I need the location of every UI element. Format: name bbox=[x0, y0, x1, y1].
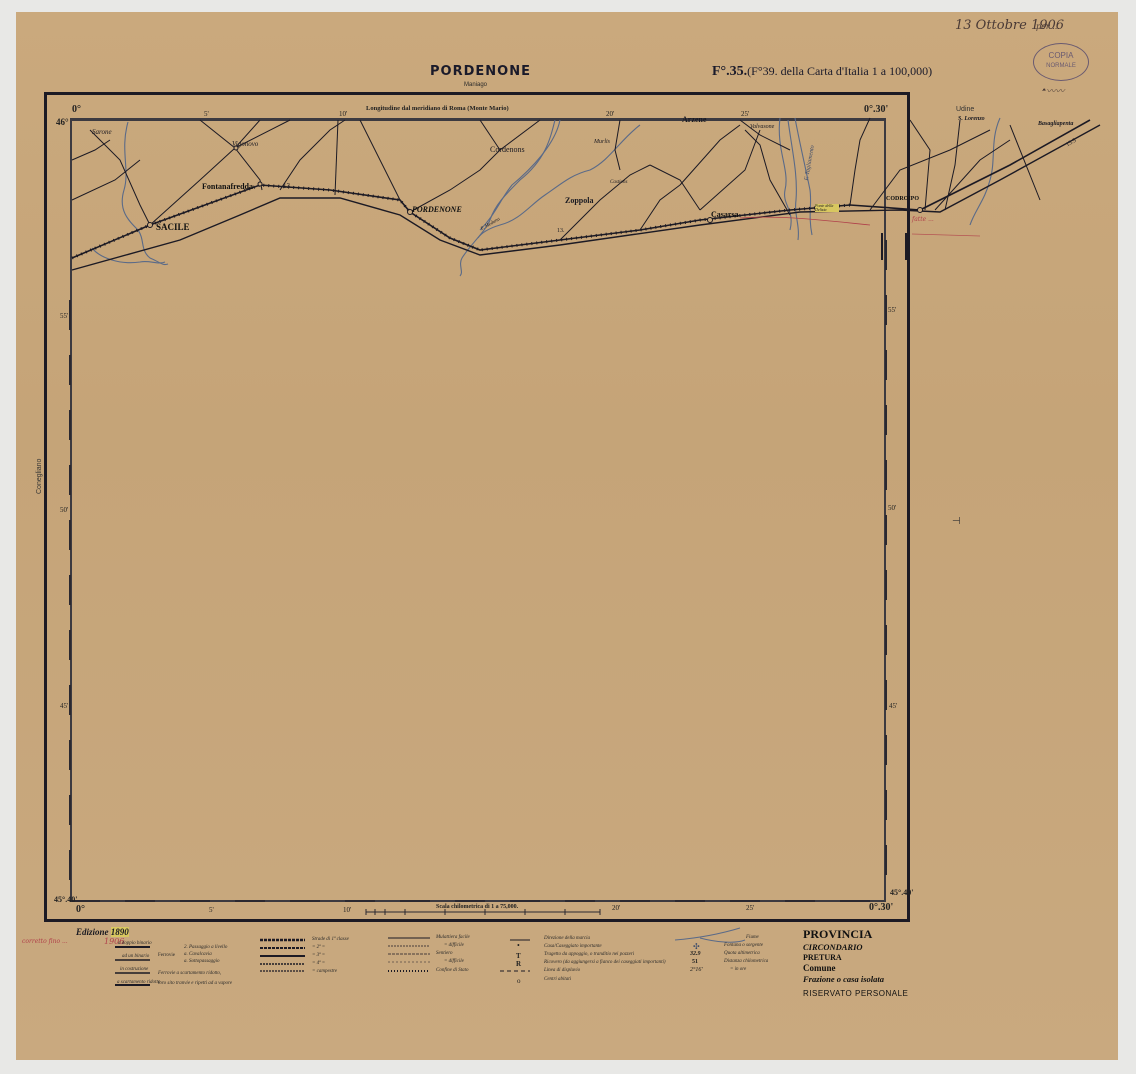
left-tick-55: 55' bbox=[60, 312, 68, 320]
right-tick-55: 55' bbox=[888, 306, 896, 314]
legend-comune: Comune bbox=[803, 963, 836, 973]
tramway-item-0: Ferrovie a scartamento ridotto, bbox=[158, 971, 221, 976]
ponte-della-delizia: Ponte della Delizia bbox=[815, 204, 839, 212]
boundary-item-4: Confine di Stato bbox=[436, 968, 469, 973]
right-tick-50: 50' bbox=[888, 504, 896, 512]
road-item-0: Strade di 1ª classe bbox=[312, 937, 349, 942]
road-number-13: 13. bbox=[283, 182, 292, 190]
railway-note-0: 2. Passaggio a livello bbox=[184, 945, 227, 950]
right-tick-45-40: 45°.40' bbox=[890, 888, 913, 897]
top-tick-5: 5' bbox=[204, 110, 209, 118]
legend-provincia: PROVINCIA bbox=[803, 927, 872, 942]
place-codroipo: CODROIPO bbox=[886, 196, 919, 202]
railway-note-1: a. Cavalcavia bbox=[184, 952, 212, 957]
right-tick-45: 45' bbox=[889, 702, 897, 710]
railway-item-1: ad un binario bbox=[122, 954, 149, 959]
boundary-item-1: = difficile bbox=[444, 943, 464, 948]
left-tick-50: 50' bbox=[60, 506, 68, 514]
top-tick-10: 10' bbox=[339, 110, 347, 118]
water-item-1: Fontana o sorgente bbox=[724, 943, 763, 948]
spring-icon: ✣ bbox=[693, 942, 700, 951]
place-fontanafredda: Fontanafredda bbox=[202, 182, 253, 191]
top-tick-0: 0° bbox=[72, 104, 81, 115]
place-zoppola: Zoppola bbox=[565, 196, 593, 205]
top-right-margin-label: Udine bbox=[956, 106, 974, 113]
symbol-glyph-2: T bbox=[516, 952, 521, 960]
bottom-tick-20: 20' bbox=[612, 904, 620, 912]
bottom-tick-0: 0° bbox=[76, 904, 85, 915]
bottom-tick-25: 25' bbox=[746, 904, 754, 912]
place-castions: Castions bbox=[610, 180, 628, 185]
road-item-2: = 3ª = bbox=[312, 953, 325, 958]
road-number-13-b: 13. bbox=[557, 228, 565, 234]
legend-pretura: PRETURA bbox=[803, 953, 842, 962]
symbol-glyph-3: R bbox=[516, 960, 521, 968]
symbol-item-3: Ricovero (da aggiungersi a fianco dei ca… bbox=[544, 960, 666, 965]
water-item-3: Distanza chilometrica bbox=[724, 959, 768, 964]
left-margin-label: Conegliano bbox=[36, 459, 43, 494]
symbol-item-5: Centri abitati bbox=[544, 977, 571, 982]
place-vigonovo: Vigonovo bbox=[232, 140, 258, 148]
place-valvasone: Valvasone bbox=[750, 124, 774, 130]
left-tick-45: 45' bbox=[60, 702, 68, 710]
road-item-3: = 4ª = bbox=[312, 961, 325, 966]
place-pordenone: PORDENONE bbox=[412, 205, 462, 214]
symbol-item-4: Linea di displuvio bbox=[544, 968, 580, 973]
place-basagliapenta: Basagliapenta bbox=[1038, 121, 1073, 127]
top-tick-25: 25' bbox=[741, 110, 749, 118]
bottom-tick-10: 10' bbox=[343, 906, 351, 914]
place-cordenons: Cordenons bbox=[490, 145, 525, 154]
place-s-lorenzo: S. Lorenzo bbox=[958, 116, 985, 122]
red-note-map: fatte ... bbox=[912, 216, 934, 223]
map-drawing bbox=[0, 0, 1136, 1074]
hours-glyph: 2°16' bbox=[690, 967, 703, 973]
place-arzene: Arzene bbox=[682, 115, 706, 124]
road-item-1: = 2ª = bbox=[312, 945, 325, 950]
symbol-item-1: Casa/Caseggiato importante bbox=[544, 944, 602, 949]
longitude-label: Longitudine dal meridiano di Roma (Monte… bbox=[366, 105, 509, 112]
symbol-glyph-5: o bbox=[517, 977, 521, 985]
water-item-0: Fiume bbox=[746, 935, 759, 940]
legend-frazione: Frazione o casa isolata bbox=[803, 974, 884, 984]
edition-year: 1890 bbox=[111, 927, 129, 937]
altitude-glyph: 32.9 bbox=[690, 951, 701, 957]
boundary-item-0: Mulattiera facile bbox=[436, 935, 470, 940]
boundary-item-3: = difficile bbox=[444, 959, 464, 964]
railway-item-0: a doppio binario bbox=[118, 941, 152, 946]
edition-label-text: Edizione bbox=[76, 927, 109, 937]
top-tick-20: 20' bbox=[606, 110, 614, 118]
left-tick-45-40: 45°.40' bbox=[54, 895, 77, 904]
railway-item-3: a scartamento ridotto bbox=[117, 980, 160, 985]
left-tick-46: 46° bbox=[56, 117, 69, 127]
red-margin-note: corretto fino ... bbox=[22, 938, 68, 945]
edition-label: Edizione 1890 bbox=[76, 927, 129, 937]
scale-label: Scala chilometrica di 1 a 75,000. bbox=[436, 904, 518, 910]
symbol-item-0: Direzione della marcia bbox=[544, 936, 590, 941]
place-sarone: Sarone bbox=[92, 128, 112, 136]
boundary-item-2: Sentiero bbox=[436, 951, 452, 956]
road-item-4: = campestre bbox=[312, 969, 337, 974]
bottom-tick-30: 0°.30' bbox=[869, 902, 893, 913]
water-item-2: Quota altimetrica bbox=[724, 951, 760, 956]
railway-note-2: a. Sottopassaggio bbox=[184, 959, 220, 964]
place-casarsa: Casarsa bbox=[711, 210, 739, 219]
place-murlis: Murlis bbox=[594, 139, 610, 145]
railway-group-label: Ferrovie bbox=[158, 953, 175, 958]
symbol-item-2: Tragetto da appoggio, o tranditio nei po… bbox=[544, 952, 634, 957]
railway-item-2: in costruzione bbox=[120, 967, 148, 972]
symbol-glyph-1: • bbox=[517, 941, 520, 950]
bottom-tick-5: 5' bbox=[209, 906, 214, 914]
top-tick-30: 0°.30' bbox=[864, 104, 888, 115]
legend-circondario: CIRCONDARIO bbox=[803, 942, 863, 952]
tramway-item-1: loro sito tranvie e ripetti ad a vapore bbox=[158, 981, 232, 986]
place-sacile: SACILE bbox=[156, 222, 190, 232]
distance-glyph: 51 bbox=[692, 959, 698, 965]
water-item-4: = in ore bbox=[730, 967, 746, 972]
riservato-personale: RISERVATO PERSONALE bbox=[803, 989, 908, 998]
